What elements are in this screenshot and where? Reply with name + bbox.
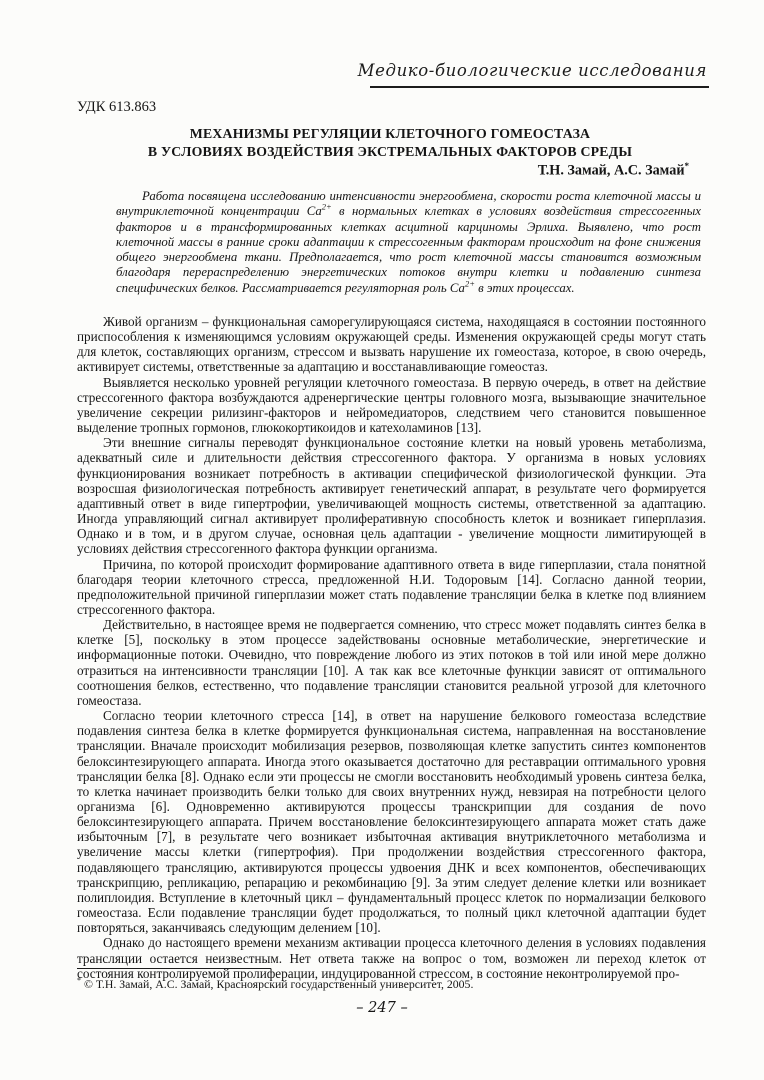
authors-names: Т.Н. Замай, А.С. Замай — [538, 163, 685, 179]
article-body: Живой организм – функциональная саморегу… — [77, 314, 706, 981]
article-title-line1: МЕХАНИЗМЫ РЕГУЛЯЦИИ КЛЕТОЧНОГО ГОМЕОСТАЗ… — [190, 126, 590, 141]
article-title: МЕХАНИЗМЫ РЕГУЛЯЦИИ КЛЕТОЧНОГО ГОМЕОСТАЗ… — [75, 125, 705, 160]
udk-code: УДК 613.863 — [77, 99, 156, 116]
body-paragraph: Эти внешние сигналы переводят функционал… — [77, 435, 706, 556]
footnote-marker: * — [77, 976, 81, 985]
body-paragraph: Живой организм – функциональная саморегу… — [77, 314, 706, 375]
page-number: – 247 – — [0, 1000, 764, 1016]
article-title-line2: В УСЛОВИЯХ ВОЗДЕЙСТВИЯ ЭКСТРЕМАЛЬНЫХ ФАК… — [148, 144, 632, 159]
journal-page: Медико-биологические исследования УДК 61… — [0, 0, 764, 1080]
authors-line: Т.Н. Замай, А.С. Замай* — [75, 161, 689, 180]
body-paragraph: Действительно, в настоящее время не подв… — [77, 617, 706, 708]
body-paragraph: Однако до настоящего времени механизм ак… — [77, 935, 706, 980]
footnote-rule — [77, 968, 271, 969]
body-paragraph: Причина, по которой происходит формирова… — [77, 557, 706, 618]
abstract: Работа посвящена исследованию интенсивно… — [116, 189, 701, 296]
body-paragraph: Согласно теории клеточного стресса [14],… — [77, 708, 706, 935]
header-rule — [370, 86, 709, 88]
copyright-footnote: * © Т.Н. Замай, А.С. Замай, Красноярский… — [77, 976, 697, 992]
footnote-text: © Т.Н. Замай, А.С. Замай, Красноярский г… — [84, 977, 473, 991]
authors-footnote-marker: * — [685, 161, 690, 171]
running-head: Медико-биологические исследования — [358, 61, 707, 80]
body-paragraph: Выявляется несколько уровней регуляции к… — [77, 375, 706, 436]
